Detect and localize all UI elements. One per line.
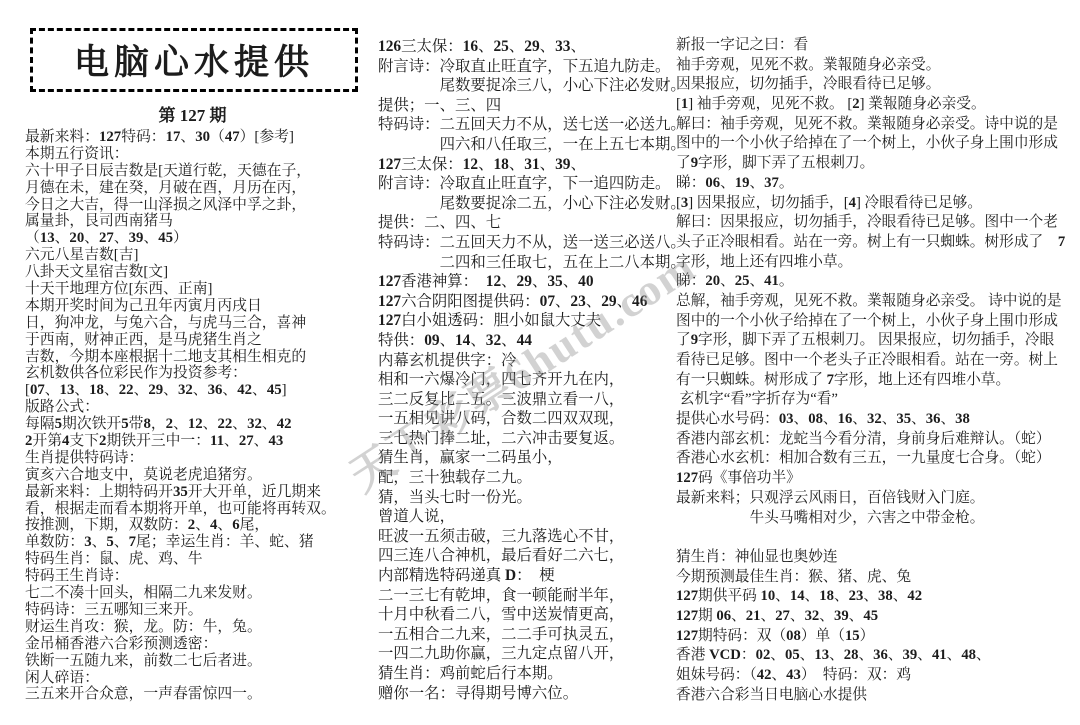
text-line: 二四和三任取七，五在上二八本期。 bbox=[378, 253, 684, 273]
text-line: 猜生肖：神仙显也奥妙连 bbox=[676, 548, 1072, 568]
text-line: 四三连八合神机，最后看好二六七， bbox=[378, 546, 684, 566]
text-line: 六十甲子日辰吉数是[天道行乾，天德在子， bbox=[25, 163, 377, 180]
text-line: 图中的一个小伙子给掉在了一个树上，小伙子身上围巾形成 bbox=[676, 134, 1072, 154]
lottery-tip-sheet: 电脑心水提供 第 127 期 最新来料：127特码：17、30（47）[参考]本… bbox=[0, 0, 1080, 725]
title-box: 电脑心水提供 bbox=[30, 28, 358, 92]
text-line: 图中的一个小伙子给掉在了一个树上，小伙子身上围巾形成 bbox=[676, 312, 1072, 332]
text-line: 127期供平码 10、14、18、23、38、42 bbox=[676, 587, 1072, 607]
text-line: 旺波一五须击破，三九落选心不甘， bbox=[378, 527, 684, 547]
text-line: 单数防：3、5、7尾；幸运生肖：羊、蛇、猪 bbox=[25, 534, 377, 551]
text-line: 二一三七有乾坤，食一顿能耐半年， bbox=[378, 586, 684, 606]
text-line: 本期五行资讯： bbox=[25, 146, 377, 163]
text-line: 生肖提供特码诗： bbox=[25, 450, 377, 467]
text-line: 八卦天文星宿吉数[文] bbox=[25, 264, 377, 281]
text-line: 赠你一名：寻得期号博六位。 bbox=[378, 684, 684, 704]
text-line: 最新来料：上期特码开35开大开单，近几期来 bbox=[25, 484, 377, 501]
text-line: 总解，袖手旁观，见死不救。業報随身必亲受。 诗中说的是 bbox=[676, 292, 1072, 312]
text-line: 附言诗：冷取直止旺直字，下五追九防走。 bbox=[378, 57, 684, 77]
left-column: 最新来料：127特码：17、30（47）[参考]本期五行资讯：六十甲子日辰吉数是… bbox=[25, 129, 377, 703]
text-line: 闲人碎语： bbox=[25, 670, 377, 687]
text-line: 提供；一、三、四 bbox=[378, 96, 684, 116]
text-line: 尾数要捉凃三八，小心下注必发财。 bbox=[378, 76, 684, 96]
text-line: 吉数，今期本座根据十二地支其相生相克的 bbox=[25, 349, 377, 366]
text-line: 因果报应，切勿插手，冷眼看待已足够。 bbox=[676, 75, 1072, 95]
text-line: 月德在未，建在癸，月破在酉，月历在丙， bbox=[25, 180, 377, 197]
text-line: 特码生肖：鼠、虎、鸡、牛 bbox=[25, 551, 377, 568]
text-line: 解曰：因果报应，切勿插手，冷眼看待已足够。图中一个老 bbox=[676, 213, 1072, 233]
middle-column: 126三太保：16、25、29、33、附言诗：冷取直止旺直字，下五追九防走。 尾… bbox=[378, 37, 684, 703]
text-line: 香港六合彩当日电脑心水提供 bbox=[676, 686, 1072, 706]
text-line: 附言诗：冷取直止旺直字，下一追四防走。 bbox=[378, 174, 684, 194]
text-line: 一五相见讲八码，合数二四双双现， bbox=[378, 409, 684, 429]
text-line: 睇：20、25、41。 bbox=[676, 272, 1072, 292]
text-line: 牛头马嘴相对少，六害之中带金枪。 bbox=[676, 509, 1072, 529]
text-line: 字形，地上还有四堆小草。 bbox=[676, 253, 1072, 273]
text-line: 特供：09、14、32、44 bbox=[378, 331, 684, 351]
text-line: 四六和八任取三，一在上五七本期。 bbox=[378, 135, 684, 155]
text-line: [07、13、18、22、29、32、36、42、45] bbox=[25, 382, 377, 399]
text-line: 金吊桶香港六合彩预测透密： bbox=[25, 636, 377, 653]
text-line: 最新来料：127特码：17、30（47）[参考] bbox=[25, 129, 377, 146]
text-line: 了9字形，脚下弄了五根刺刀。 bbox=[676, 154, 1072, 174]
text-line: 一五相合二九来，二二手可执灵五， bbox=[378, 625, 684, 645]
text-line: （13、20、27、39、45） bbox=[25, 230, 377, 247]
text-line: 香港内部玄机：龙蛇当今看分清，身前身后难辩认。（蛇） bbox=[676, 430, 1072, 450]
text-line: 袖手旁观，见死不救。業報随身必亲受。 bbox=[676, 56, 1072, 76]
text-line: 姐妹号码：（42、43） 特码：双：鸡 bbox=[676, 666, 1072, 686]
text-line: 属量卦，艮司西南猪马 bbox=[25, 213, 377, 230]
text-line: 有一只蜘蛛。树形成了 7字形，地上还有四堆小草。 bbox=[676, 371, 1072, 391]
text-line: 头子正冷眼相看。站在一旁。树上有一只蜘蛛。树形成了 7 bbox=[676, 233, 1072, 253]
text-line: 127香港神算： 12、29、35、40 bbox=[378, 272, 684, 292]
text-line: 日，狗冲龙，与兔六合，与虎马三合，喜神 bbox=[25, 315, 377, 332]
text-line: 猜生肖，赢家一二码虽小， bbox=[378, 448, 684, 468]
text-line: 香港 VCD：02、05、13、28、36、39、41、48、 bbox=[676, 646, 1072, 666]
text-line: [1] 袖手旁观，见死不救。 [2] 業報随身必亲受。 bbox=[676, 95, 1072, 115]
text-line: 本期开奖时间为己丑年丙寅月丙戌日 bbox=[25, 298, 377, 315]
text-line: 每隔5期次铁开5带8，2、12、22、32、42 bbox=[25, 416, 377, 433]
text-line: 内部精选特码递真 D： 梗 bbox=[378, 566, 684, 586]
text-line: 看，根据走而看本期将开单，也可能将再转双。 bbox=[25, 501, 377, 518]
text-line: 睇：06、19、37。 bbox=[676, 174, 1072, 194]
text-line: 三五来开合众意，一声春雷惊四一。 bbox=[25, 686, 377, 703]
text-line: 版路公式： bbox=[25, 399, 377, 416]
text-line: 玄机字“看”字折存为“看” bbox=[676, 390, 1072, 410]
text-line: 三七热门捧二址，二六冲击要复返。 bbox=[378, 429, 684, 449]
text-line: 财运生肖攻：猴，龙。防：牛，兔。 bbox=[25, 619, 377, 636]
text-line: 猜生肖：鸡前蛇后行本期。 bbox=[378, 664, 684, 684]
text-line: 提供心水号码：03、08、16、32、35、36、38 bbox=[676, 410, 1072, 430]
text-line: 127期 06、21、27、32、39、45 bbox=[676, 607, 1072, 627]
text-line: 特码王生肖诗： bbox=[25, 568, 377, 585]
text-line: [3] 因果报应，切勿插手，[4] 冷眼看待已足够。 bbox=[676, 194, 1072, 214]
text-line: 2开第4支下2期铁开三中一：11、27、43 bbox=[25, 433, 377, 450]
text-line: 一四二九助你赢，三九定点留八开， bbox=[378, 644, 684, 664]
text-line: 相和一六爆冷门，四七齐开九在内， bbox=[378, 370, 684, 390]
text-line: 曾道人说， bbox=[378, 507, 684, 527]
right-column: 新报一字记之曰：看袖手旁观，见死不救。業報随身必亲受。因果报应，切勿插手，冷眼看… bbox=[676, 36, 1072, 705]
text-line: 铁断一五随九来，前数二七后者进。 bbox=[25, 653, 377, 670]
text-line: 于西南，财神正西，是马虎猪生肖之 bbox=[25, 332, 377, 349]
text-line: 内幕玄机提供字：冷 bbox=[378, 351, 684, 371]
text-line: 今期预测最佳生肖：猴、猪、虎、兔 bbox=[676, 568, 1072, 588]
text-line: 126三太保：16、25、29、33、 bbox=[378, 37, 684, 57]
text-line: 看待已足够。图中一个老头子正冷眼相看。站在一旁。树上 bbox=[676, 351, 1072, 371]
text-line: 七二不凑十回头，相隔二九来发财。 bbox=[25, 585, 377, 602]
page-title: 电脑心水提供 bbox=[74, 35, 314, 85]
text-line: 今日之大吉，得一山泽损之风泽中孚之卦， bbox=[25, 197, 377, 214]
issue-number: 第 127 期 bbox=[25, 101, 360, 126]
text-line: 三二反复比二五。三波鼎立看一八， bbox=[378, 390, 684, 410]
text-line: 配，三十独载存二九。 bbox=[378, 468, 684, 488]
text-line: 寅亥六合地支中，莫说老虎追猪穷。 bbox=[25, 467, 377, 484]
text-line: 特码诗：三五哪知三来开。 bbox=[25, 602, 377, 619]
text-line: 特码诗：二五回天力不从，送一送三必送八。 bbox=[378, 233, 684, 253]
text-line: 127三太保：12、18、31、39、 bbox=[378, 155, 684, 175]
text-line: 127六合阴阳图提供码：07、23、29、46 bbox=[378, 292, 684, 312]
text-line: 127白小姐透码：胆小如鼠大丈夫 bbox=[378, 311, 684, 331]
text-line: 十天干地理方位[东西、正南] bbox=[25, 281, 377, 298]
text-line: 六元八星吉数[吉] bbox=[25, 247, 377, 264]
text-line: 了9字形，脚下弄了五根刺刀。 因果报应，切勿插手，冷眼 bbox=[676, 331, 1072, 351]
text-line: 香港心水玄机：相加合数有三五，一九量度七合身。（蛇） bbox=[676, 449, 1072, 469]
text-line: 玄机数供各位彩民作为投资参考： bbox=[25, 365, 377, 382]
text-line: 按推测，下期，双数防：2、4、6尾， bbox=[25, 517, 377, 534]
text-line: 提供：二、四、七 bbox=[378, 213, 684, 233]
text-line: 新报一字记之曰：看 bbox=[676, 36, 1072, 56]
text-line: 127码《事倍功半》 bbox=[676, 469, 1072, 489]
text-line bbox=[676, 528, 1072, 548]
text-line: 解曰：袖手旁观，见死不救。業報随身必亲受。诗中说的是 bbox=[676, 115, 1072, 135]
text-line: 特码诗：二五回天力不从，送七送一必送九。 bbox=[378, 115, 684, 135]
text-line: 十月中秋看二八，雪中送炭情更高， bbox=[378, 605, 684, 625]
text-line: 尾数要捉凃二五，小心下注必发财。 bbox=[378, 194, 684, 214]
text-line: 猜，当头七时一份光。 bbox=[378, 488, 684, 508]
text-line: 127期特码：双（08）单（15） bbox=[676, 627, 1072, 647]
text-line: 最新来料；只观浮云风雨日，百倍钱财入门庭。 bbox=[676, 489, 1072, 509]
